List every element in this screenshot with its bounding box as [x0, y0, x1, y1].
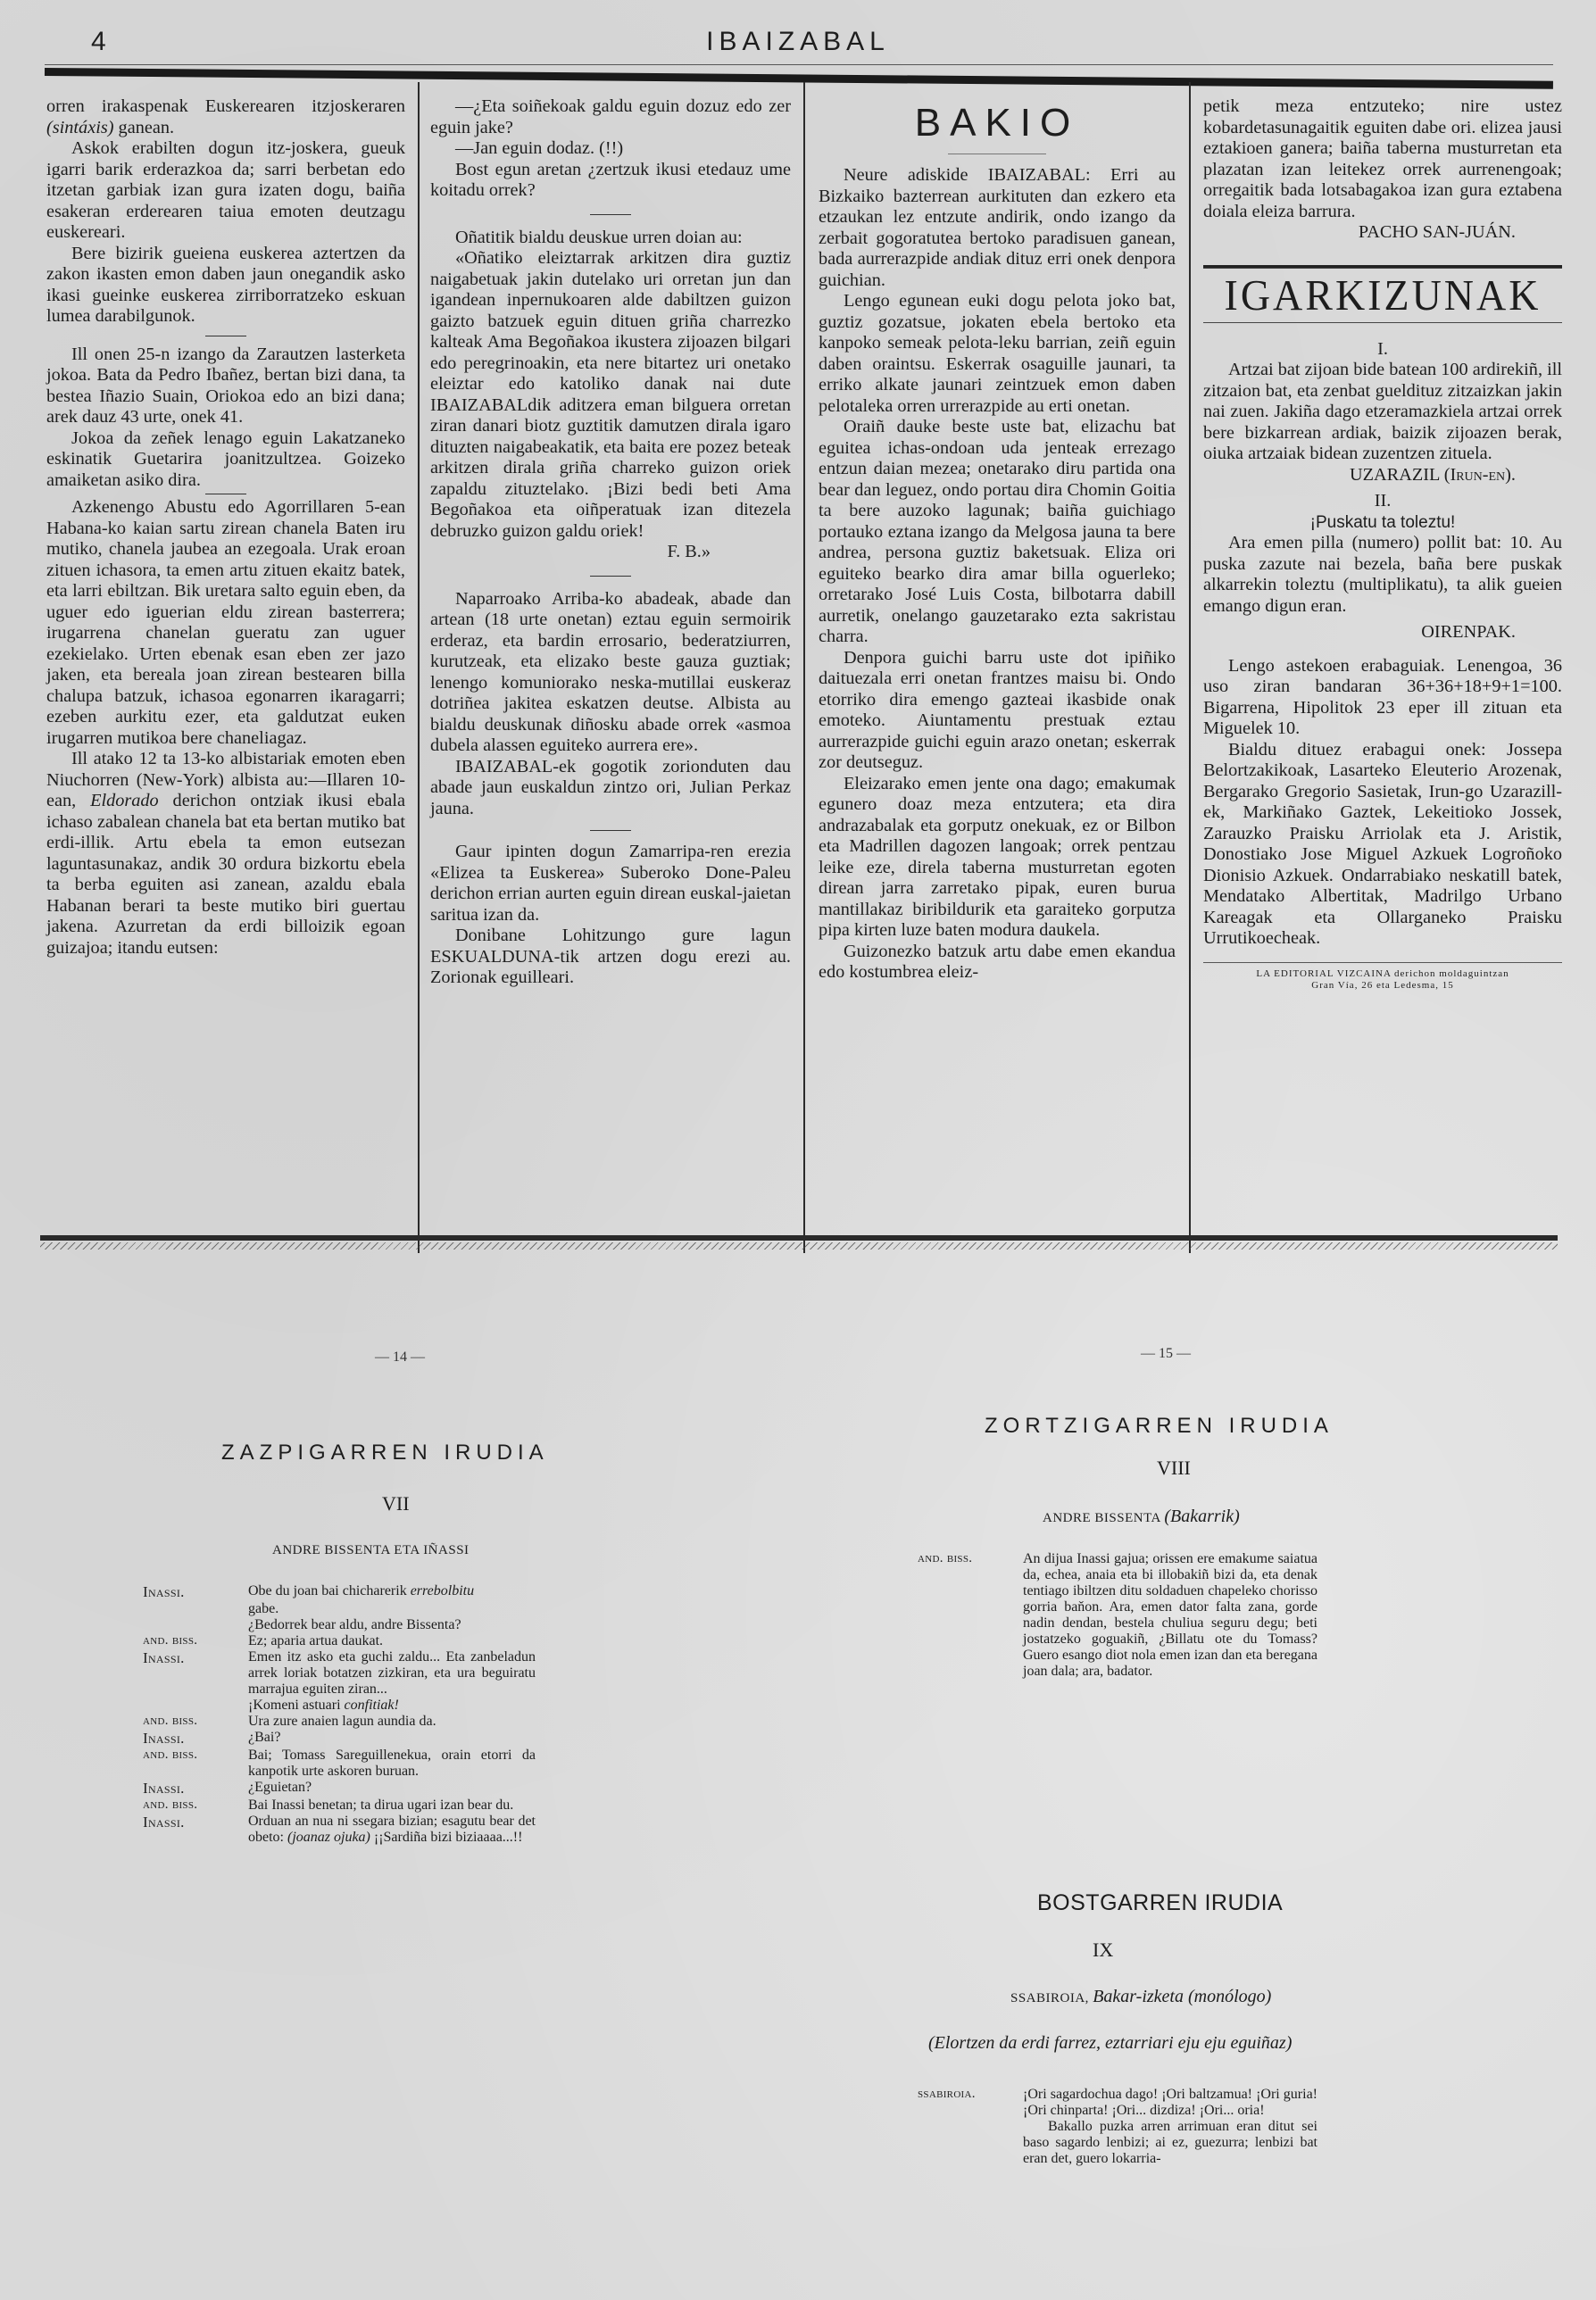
- dialogue-line: and. biss.Bai; Tomass Sareguillenekua, o…: [143, 1748, 536, 1780]
- paragraph: orren irakaspenak Euskerearen itzjoskera…: [46, 96, 405, 138]
- column-4: petik meza entzuteko; nire ustez kobarde…: [1203, 96, 1562, 992]
- dialogue-text: Obe du joan bai chicharerik errebolbitu: [248, 1583, 536, 1601]
- riddle-number: II.: [1203, 491, 1562, 512]
- masthead: IBAIZABAL: [0, 27, 1596, 57]
- paragraph: Ill atako 12 ta 13-ko albistariak emoten…: [46, 749, 405, 959]
- paragraph: Askok erabilten dogun itz-joskera, gueuk…: [46, 138, 405, 244]
- paragraph: Lengo astekoen erabaguiak. Lenengoa, 36 …: [1203, 656, 1562, 740]
- speaker-label: Inassi.: [143, 1649, 248, 1698]
- paragraph: IBAIZABAL-ek gogotik zorionduten dau aba…: [430, 757, 791, 820]
- cast-name: ANDRE BISSENTA: [1043, 1511, 1160, 1525]
- signature: OIRENPAK.: [1203, 622, 1562, 644]
- paragraph: Oraiñ dauke beste uste bat, elizachu bat…: [819, 417, 1176, 648]
- dialogue-line: Inassi.¿Bai?: [143, 1730, 536, 1748]
- speaker-label: ssabiroia.: [918, 2087, 1023, 2119]
- speaker-label: [143, 1617, 248, 1633]
- scene-number: IX: [1093, 1939, 1113, 1962]
- dialogue-line: and. biss.Ez; aparia artua daukat.: [143, 1633, 536, 1649]
- scene-number: VII: [382, 1492, 410, 1515]
- footer-rule: [40, 1235, 1558, 1241]
- header-thin-rule: [45, 64, 1553, 65]
- title-rule: [948, 154, 1046, 154]
- dialogue-text: ¿Eguietan?: [248, 1780, 536, 1798]
- dialogue-line: Inassi.Orduan an nua ni ssegara bizian; …: [143, 1814, 536, 1846]
- paragraph: Lengo egunean euki dogu pelota joko bat,…: [819, 291, 1176, 417]
- column-1: orren irakaspenak Euskerearen itzjoskera…: [46, 96, 405, 959]
- dialogue-text: Emen itz asko eta guchi zaldu... Eta zan…: [248, 1649, 536, 1698]
- imprint-line: LA EDITORIAL VIZCAINA derichon moldaguin…: [1203, 968, 1562, 980]
- column-3: BAKIO Neure adiskide IBAIZABAL: Erri au …: [819, 96, 1176, 984]
- italic-term: Eldorado: [90, 791, 159, 810]
- scene-title: ZAZPIGARREN IRUDIA: [221, 1441, 549, 1466]
- script-dialogue: and. biss.An dijua Inassi gajua; orissen…: [918, 1551, 1318, 1680]
- dialogue-line: Inassi.¿Eguietan?: [143, 1780, 536, 1798]
- speaker-label: [143, 1698, 248, 1714]
- paragraph: Donibane Lohitzungo gure lagun ESKUALDUN…: [430, 926, 791, 989]
- stage-direction: (Elortzen da erdi farrez, eztarriari eju…: [928, 2033, 1292, 2054]
- dialogue-text: Bai Inassi benetan; ta dirua ugari izan …: [248, 1798, 536, 1814]
- column-divider: [418, 82, 420, 1253]
- dialogue-line: ¡Komeni astuari confitiak!: [143, 1698, 536, 1714]
- signature: F. B.»: [430, 542, 791, 563]
- separator: [590, 830, 631, 831]
- section-rule: [1203, 322, 1562, 323]
- dialogue-text: ¡Komeni astuari confitiak!: [248, 1698, 536, 1714]
- paragraph: Artzai bat zijoan bide batean 100 ardire…: [1203, 360, 1562, 465]
- paragraph: Eleizarako emen jente ona dago; emakumak…: [819, 774, 1176, 942]
- wavy-rule: [40, 1242, 1558, 1250]
- imprint-line: Gran Vía, 26 eta Ledesma, 15: [1203, 980, 1562, 992]
- signature: PACHO SAN-JUÁN.: [1203, 222, 1562, 244]
- dialogue-line: and. biss.An dijua Inassi gajua; orissen…: [918, 1551, 1318, 1680]
- signature: UZARAZIL (Irun-en).: [1203, 465, 1562, 486]
- paragraph: —Jan eguin dodaz. (!!): [430, 138, 791, 160]
- dialogue-text: Orduan an nua ni ssegara bizian; esagutu…: [248, 1814, 536, 1846]
- speaker-label: and. biss.: [918, 1551, 1023, 1680]
- speaker-label: Inassi.: [143, 1583, 248, 1601]
- speaker-label: and. biss.: [143, 1748, 248, 1780]
- page-number-15: — 15 —: [1141, 1346, 1191, 1362]
- dialogue-text: gabe.: [248, 1601, 536, 1617]
- cast-note: (Bakarrik): [1164, 1507, 1239, 1526]
- imprint: LA EDITORIAL VIZCAINA derichon moldaguin…: [1203, 962, 1562, 992]
- section-rule: [1203, 265, 1562, 269]
- speaker-label: Inassi.: [143, 1814, 248, 1846]
- column-2: —¿Eta soiñekoak galdu eguin dozuz edo ze…: [430, 96, 791, 989]
- paragraph: Oñatitik bialdu deuskue urren doian au:: [430, 228, 791, 249]
- speaker-label: [918, 2119, 1023, 2167]
- paragraph: Gaur ipinten dogun Zamarripa-ren erezia …: [430, 842, 791, 926]
- dialogue-line: ssabiroia.¡Ori sagardochua dago! ¡Ori ba…: [918, 2087, 1318, 2119]
- speaker-label: Inassi.: [143, 1730, 248, 1748]
- script-dialogue: Inassi.Obe du joan bai chicharerik erreb…: [143, 1583, 536, 1846]
- cast-note: Bakar-izketa (monólogo): [1093, 1987, 1271, 2006]
- paragraph: Azkenengo Abustu edo Agorrillaren 5-ean …: [46, 497, 405, 749]
- dialogue-line: gabe.: [143, 1601, 536, 1617]
- dialogue-line: ¿Bedorrek bear aldu, andre Bissenta?: [143, 1617, 536, 1633]
- column-divider: [803, 82, 805, 1253]
- paragraph: Bost egun aretan ¿zertzuk ikusi etedauz …: [430, 160, 791, 202]
- paragraph: Ill onen 25-n izango da Zarautzen laster…: [46, 345, 405, 428]
- dialogue-line: and. biss.Bai Inassi benetan; ta dirua u…: [143, 1798, 536, 1814]
- speaker-label: and. biss.: [143, 1798, 248, 1814]
- riddle-subtitle: ¡Puskatu ta toleztu!: [1203, 512, 1562, 534]
- cast-list: ANDRE BISSENTA (Bakarrik): [1043, 1507, 1240, 1527]
- dialogue-text: ¿Bai?: [248, 1730, 536, 1748]
- separator: [590, 576, 631, 577]
- dialogue-text: Ez; aparia artua daukat.: [248, 1633, 536, 1649]
- paragraph: Ara emen pilla (numero) pollit bat: 10. …: [1203, 533, 1562, 617]
- paragraph: —¿Eta soiñekoak galdu eguin dozuz edo ze…: [430, 96, 791, 138]
- paragraph: Neure adiskide IBAIZABAL: Erri au Bizkai…: [819, 165, 1176, 291]
- cast-list: SSABIROIA, Bakar-izketa (monólogo): [1010, 1987, 1271, 2007]
- italic-term: (sintáxis): [46, 118, 113, 137]
- scene-title: BOSTGARREN IRUDIA: [1037, 1890, 1283, 1916]
- column-divider: [1189, 82, 1191, 1253]
- script-dialogue: ssabiroia.¡Ori sagardochua dago! ¡Ori ba…: [918, 2087, 1318, 2167]
- cast-list: ANDRE BISSENTA ETA IÑASSI: [272, 1543, 470, 1558]
- speaker-label: and. biss.: [143, 1633, 248, 1649]
- paragraph: Guizonezko batzuk artu dabe emen ekandua…: [819, 942, 1176, 984]
- scene-title: ZORTZIGARREN IRUDIA: [985, 1414, 1334, 1439]
- riddle-number: I.: [1203, 339, 1562, 361]
- paragraph: Naparroako Arriba-ko abadeak, abade dan …: [430, 589, 791, 757]
- cast-name: SSABIROIA,: [1010, 1991, 1089, 2005]
- dialogue-line: and. biss.Ura zure anaien lagun aundia d…: [143, 1714, 536, 1730]
- separator: [205, 494, 246, 494]
- dialogue-text: Ura zure anaien lagun aundia da.: [248, 1714, 536, 1730]
- paragraph: Bere bizirik gueiena euskerea aztertzen …: [46, 244, 405, 328]
- paragraph: Bialdu dituez erabagui onek: Jossepa Bel…: [1203, 740, 1562, 950]
- paragraph: Denpora guichi barru uste dot ipiñiko da…: [819, 648, 1176, 774]
- speaker-label: [143, 1601, 248, 1617]
- page-number-14: — 14 —: [375, 1349, 425, 1366]
- scene-number: VIII: [1157, 1457, 1191, 1480]
- paragraph: Jokoa da zeñek lenago eguin Lakatzaneko …: [46, 428, 405, 492]
- dialogue-text: Bakallo puzka arren arrimuan eran ditut …: [1023, 2119, 1318, 2167]
- paragraph: petik meza entzuteko; nire ustez kobarde…: [1203, 96, 1562, 222]
- dialogue-text: Bai; Tomass Sareguillenekua, orain etorr…: [248, 1748, 536, 1780]
- speaker-label: and. biss.: [143, 1714, 248, 1730]
- speaker-label: Inassi.: [143, 1780, 248, 1798]
- dialogue-line: Inassi.Obe du joan bai chicharerik erreb…: [143, 1583, 536, 1601]
- paragraph: «Oñatiko eleiztarrak arkitzen dira guzti…: [430, 248, 791, 542]
- section-title-bakio: BAKIO: [819, 98, 1176, 148]
- separator: [205, 336, 246, 336]
- dialogue-text: An dijua Inassi gajua; orissen ere emaku…: [1023, 1551, 1318, 1680]
- section-title-igarkizunak: IGARKIZUNAK: [1203, 269, 1562, 321]
- dialogue-line: Inassi.Emen itz asko eta guchi zaldu... …: [143, 1649, 536, 1698]
- dialogue-line: Bakallo puzka arren arrimuan eran ditut …: [918, 2119, 1318, 2167]
- separator: [590, 214, 631, 215]
- dialogue-text: ¡Ori sagardochua dago! ¡Ori baltzamua! ¡…: [1023, 2087, 1318, 2119]
- dialogue-text: ¿Bedorrek bear aldu, andre Bissenta?: [248, 1617, 536, 1633]
